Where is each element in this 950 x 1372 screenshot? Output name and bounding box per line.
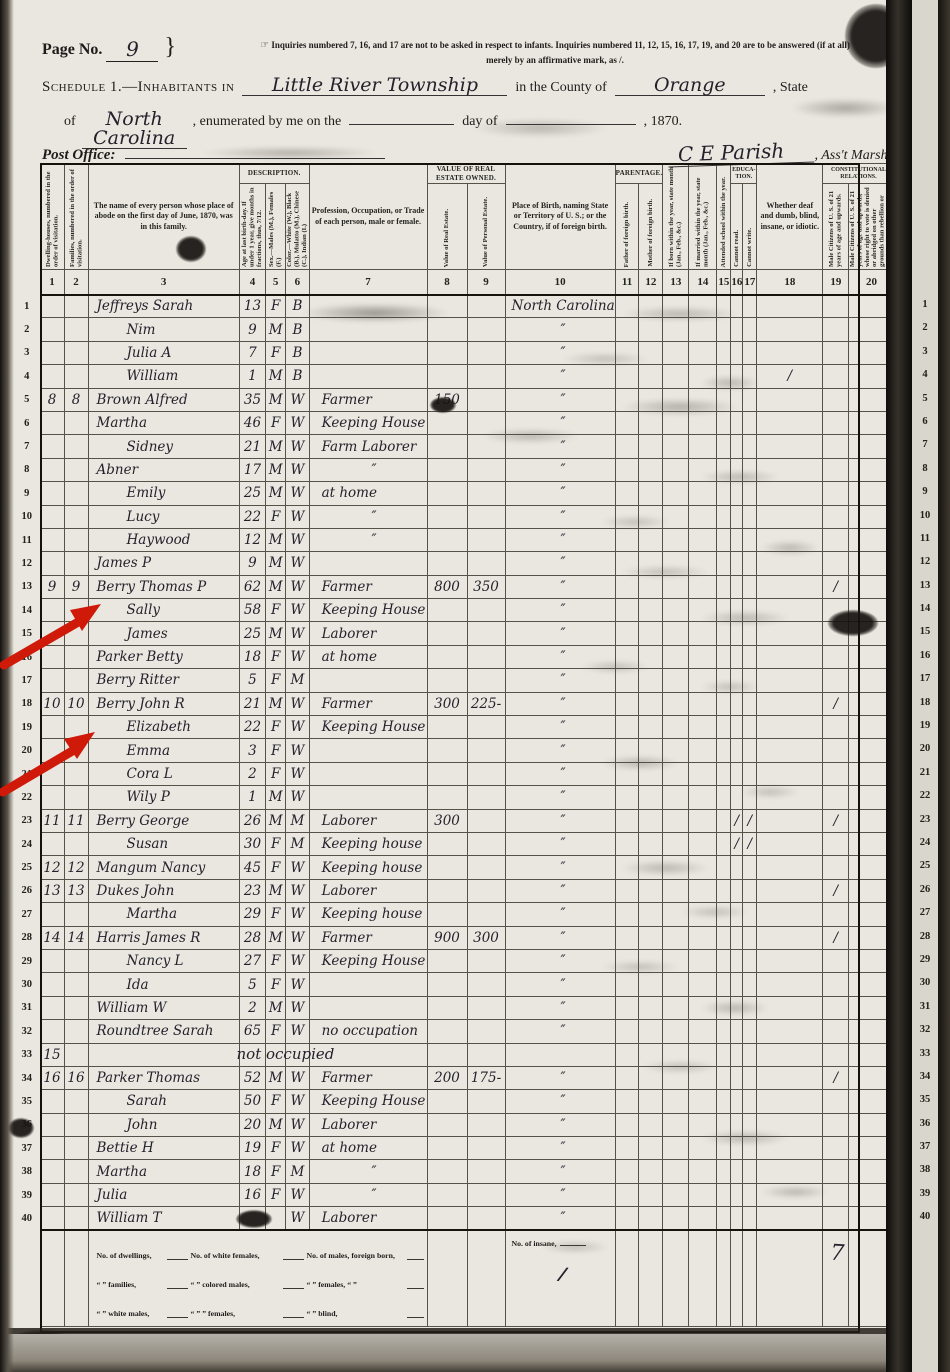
column-header: Whether deaf and dumb, blind, insane, or… — [757, 164, 823, 270]
cell-family-number — [64, 996, 88, 1019]
note-line2: merely by an affirmative mark, as /. — [205, 54, 905, 68]
cell-birth-month — [663, 435, 689, 458]
cell-color: W — [286, 879, 309, 902]
cell-cannot-read — [731, 341, 743, 364]
line-number: 3 — [14, 341, 40, 364]
cell-color: W — [286, 1020, 309, 1043]
ink-blot — [176, 236, 206, 262]
cell-age: 58 — [239, 599, 265, 622]
cell-dwelling-number — [40, 1183, 64, 1206]
cell-deaf-dumb — [757, 1090, 823, 1113]
cell-father-foreign — [615, 996, 639, 1019]
cell-deaf-dumb — [757, 973, 823, 996]
cell-birthplace: ″ — [505, 1137, 615, 1160]
cell-male-citizen — [823, 552, 849, 575]
cell-birthplace: ″ — [505, 622, 615, 645]
cell-birth-month — [663, 1137, 689, 1160]
cell-color: B — [286, 318, 309, 341]
cell-male-citizen — [823, 1183, 849, 1206]
cell-father-foreign — [615, 786, 639, 809]
cell-age: 2 — [239, 996, 265, 1019]
cell-male-citizen — [823, 1043, 849, 1066]
cell-personal-estate — [467, 1113, 505, 1136]
cell-cannot-read — [731, 1183, 743, 1206]
cell-real-estate — [427, 832, 467, 855]
cell-occupation: Farm Laborer — [309, 435, 427, 458]
cell-occupation: Keeping House — [309, 599, 427, 622]
cell-dwelling-number: 10 — [40, 692, 64, 715]
cell-real-estate — [427, 1113, 467, 1136]
cell-family-number: 9 — [64, 575, 88, 598]
cell-family-number — [64, 458, 88, 481]
cell-occupation: Keeping House — [309, 411, 427, 434]
column-header: 17 — [743, 270, 757, 295]
cell-married-month — [689, 622, 717, 645]
cell-dwelling-number — [40, 903, 64, 926]
cell-married-month — [689, 832, 717, 855]
cell-personal-estate — [467, 786, 505, 809]
cell-person-name: Brown Alfred — [88, 388, 239, 411]
cell-father-foreign — [615, 926, 639, 949]
cell-sex: M — [266, 1066, 286, 1089]
column-header: The name of every person whose place of … — [88, 164, 239, 270]
cell-sex: F — [266, 411, 286, 434]
cell-personal-estate: 175- — [467, 1066, 505, 1089]
cell-real-estate — [427, 318, 467, 341]
cell-color: W — [286, 1066, 309, 1089]
cell-sex: M — [266, 879, 286, 902]
cell-color: B — [286, 365, 309, 388]
cell-real-estate — [427, 856, 467, 879]
cell-sex: F — [266, 1160, 286, 1183]
year-label: , 1870. — [644, 114, 683, 130]
cell-occupation: Keeping house — [309, 903, 427, 926]
cell-mother-foreign — [639, 458, 663, 481]
cell-deaf-dumb — [757, 482, 823, 505]
cell-deaf-dumb — [757, 809, 823, 832]
cell-male-citizen — [823, 388, 849, 411]
cell-occupation — [309, 762, 427, 785]
cell-person-name: Emma — [88, 739, 239, 762]
line-number: 7 — [14, 435, 40, 458]
ink-bleed-ghost — [620, 860, 710, 876]
cell-deaf-dumb — [757, 1020, 823, 1043]
cell-sex: M — [266, 482, 286, 505]
cell-real-estate — [427, 1160, 467, 1183]
cell-cannot-write — [743, 926, 757, 949]
cell-mother-foreign — [639, 716, 663, 739]
cell-age: 9 — [239, 318, 265, 341]
cell-birth-month — [663, 341, 689, 364]
cell-sex: F — [266, 739, 286, 762]
cell-male-citizen — [823, 1020, 849, 1043]
cell-family-number: 16 — [64, 1066, 88, 1089]
cell-birthplace: ″ — [505, 996, 615, 1019]
cell-personal-estate — [467, 1020, 505, 1043]
cell-age: 23 — [239, 879, 265, 902]
cell-age: 2 — [239, 762, 265, 785]
cell-family-number — [64, 552, 88, 575]
cell-birthplace: ″ — [505, 762, 615, 785]
line2-mid: , enumerated by me on the — [193, 114, 342, 130]
cell-cannot-write — [743, 645, 757, 668]
cell-real-estate — [427, 341, 467, 364]
cell-attended-school — [717, 552, 731, 575]
cell-father-foreign — [615, 1043, 639, 1066]
cell-color: W — [286, 645, 309, 668]
cell-birth-month — [663, 1113, 689, 1136]
cell-attended-school — [717, 926, 731, 949]
cell-married-month — [689, 505, 717, 528]
cell-attended-school — [717, 645, 731, 668]
footer-row: No. of dwellings,No. of white females,No… — [14, 1230, 924, 1326]
cell-age: 1 — [239, 365, 265, 388]
cell-family-number — [64, 1207, 88, 1230]
line-number: 9 — [14, 482, 40, 505]
line-number: 13 — [14, 575, 40, 598]
line-number: 29 — [14, 949, 40, 972]
cell — [743, 1230, 757, 1326]
cell-male-citizen — [823, 903, 849, 926]
table-row: 29Nancy L27FWKeeping House″29 — [14, 949, 924, 972]
cell-personal-estate — [467, 1043, 505, 1066]
cell-deaf-dumb — [757, 1160, 823, 1183]
cell-male-citizen — [823, 295, 849, 318]
cell-married-month — [689, 762, 717, 785]
cell-male-citizen — [823, 1160, 849, 1183]
cell-color: W — [286, 856, 309, 879]
cell-birth-month — [663, 692, 689, 715]
cell-personal-estate — [467, 622, 505, 645]
cell-mother-foreign — [639, 365, 663, 388]
cell-age: 45 — [239, 856, 265, 879]
cell-birth-month — [663, 786, 689, 809]
cell-married-month — [689, 435, 717, 458]
cell-real-estate — [427, 365, 467, 388]
cell-birthplace — [505, 1043, 615, 1066]
table-row: 588Brown Alfred35MWFarmer150″5 — [14, 388, 924, 411]
cell-male-citizen — [823, 1137, 849, 1160]
cell-attended-school — [717, 411, 731, 434]
cell-real-estate — [427, 739, 467, 762]
cell-male-citizen — [823, 832, 849, 855]
cell-mother-foreign — [639, 622, 663, 645]
cell-cannot-read — [731, 1066, 743, 1089]
cell-cannot-write — [743, 318, 757, 341]
table-row: 261313Dukes John23MWLaborer″/26 — [14, 879, 924, 902]
cell-personal-estate — [467, 388, 505, 411]
column-header: 8 — [427, 270, 467, 295]
column-header: Cannot write. — [743, 184, 757, 270]
cell-mother-foreign — [639, 1160, 663, 1183]
cell-real-estate — [427, 879, 467, 902]
cell-father-foreign — [615, 411, 639, 434]
cell-person-name: Martha — [88, 1160, 239, 1183]
cell-attended-school — [717, 949, 731, 972]
cell-real-estate: 800 — [427, 575, 467, 598]
cell-cannot-write — [743, 879, 757, 902]
cell-sex: F — [266, 1137, 286, 1160]
cell-birth-month — [663, 973, 689, 996]
cell-occupation — [309, 996, 427, 1019]
cell-birthplace: ″ — [505, 1020, 615, 1043]
cell-family-number — [64, 1090, 88, 1113]
column-header: 15 — [717, 270, 731, 295]
ink-bleed-ghost — [700, 375, 760, 391]
census-table: Dwelling-houses, numbered in the order o… — [14, 163, 924, 1327]
cell-married-month — [689, 949, 717, 972]
schedule-mid: in the County of — [515, 80, 606, 96]
cell-birthplace: ″ — [505, 1066, 615, 1089]
cell-male-citizen: / — [823, 1066, 849, 1089]
ink-blot — [236, 1210, 272, 1228]
cell-sex: F — [266, 341, 286, 364]
cell-occupation: ″ — [309, 458, 427, 481]
cell-age: 50 — [239, 1090, 265, 1113]
day-blank — [349, 112, 454, 125]
schedule-line: Schedule 1.—Inhabitants in Little River … — [42, 76, 922, 96]
cell-color: W — [286, 903, 309, 926]
cell-sex: F — [266, 599, 286, 622]
column-header: 6 — [286, 270, 309, 295]
cell-mother-foreign — [639, 809, 663, 832]
cell-personal-estate — [467, 599, 505, 622]
cell-attended-school — [717, 1066, 731, 1089]
cell-birthplace: ″ — [505, 949, 615, 972]
cell-occupation: at home — [309, 482, 427, 505]
cell-person-name: Dukes John — [88, 879, 239, 902]
scan-bottom-margin — [0, 1334, 950, 1372]
table-row: 7Sidney21MWFarm Laborer″7 — [14, 435, 924, 458]
line-number: 35 — [14, 1090, 40, 1113]
cell-family-number: 12 — [64, 856, 88, 879]
cell-real-estate — [427, 505, 467, 528]
cell-attended-school — [717, 435, 731, 458]
cell-cannot-write — [743, 692, 757, 715]
cell-sex: F — [266, 295, 286, 318]
cell-sex: M — [266, 388, 286, 411]
cell-married-month — [689, 1160, 717, 1183]
cell-birthplace: North Carolina — [505, 295, 615, 318]
cell-real-estate: 200 — [427, 1066, 467, 1089]
cell-family-number — [64, 1160, 88, 1183]
cell-sex: F — [266, 856, 286, 879]
cell-cannot-read — [731, 552, 743, 575]
cell-birth-month — [663, 528, 689, 551]
cell-cannot-read — [731, 1020, 743, 1043]
cell-person-name: William — [88, 365, 239, 388]
table-row: 9Emily25MWat home″9 — [14, 482, 924, 505]
cell-personal-estate — [467, 528, 505, 551]
cell-sex: M — [266, 575, 286, 598]
cell-dwelling-number: 15 — [40, 1043, 64, 1066]
cell-male-citizen — [823, 505, 849, 528]
cell-personal-estate — [467, 365, 505, 388]
cell-age: 28 — [239, 926, 265, 949]
cell-person-name: Nancy L — [88, 949, 239, 972]
cell-attended-school — [717, 809, 731, 832]
cell-married-month — [689, 716, 717, 739]
cell-occupation: Laborer — [309, 622, 427, 645]
table-row: 341616Parker Thomas52MWFarmer200175-″/34 — [14, 1066, 924, 1089]
cell-real-estate — [427, 528, 467, 551]
cell-age: 18 — [239, 645, 265, 668]
cell-attended-school — [717, 318, 731, 341]
ink-bleed-ghost — [200, 146, 380, 160]
cell-real-estate — [427, 1090, 467, 1113]
column-header: Age at last birth-day. If under 1 year, … — [239, 184, 265, 270]
cell-dwelling-number — [40, 949, 64, 972]
cell-sex: M — [266, 1113, 286, 1136]
cell-attended-school — [717, 973, 731, 996]
cell-person-name: Berry George — [88, 809, 239, 832]
cell-family-number — [64, 1137, 88, 1160]
cell-color: W — [286, 411, 309, 434]
cell-family-number — [64, 1020, 88, 1043]
cell-personal-estate — [467, 716, 505, 739]
cell-deaf-dumb — [757, 435, 823, 458]
cell-birth-month — [663, 1020, 689, 1043]
cell-occupation: Keeping House — [309, 1090, 427, 1113]
cell-person-name: Sally — [88, 599, 239, 622]
cell-dwelling-number — [40, 996, 64, 1019]
cell-attended-school — [717, 1160, 731, 1183]
cell-deaf-dumb — [757, 762, 823, 785]
column-header: 4 — [239, 270, 265, 295]
cell-cannot-write — [743, 949, 757, 972]
cell-married-month — [689, 341, 717, 364]
cell-real-estate — [427, 669, 467, 692]
column-header: 10 — [505, 270, 615, 295]
cell-real-estate — [427, 786, 467, 809]
cell-occupation: no occupation — [309, 1020, 427, 1043]
cell-occupation: at home — [309, 1137, 427, 1160]
cell-color: W — [286, 575, 309, 598]
cell-color: M — [286, 669, 309, 692]
column-header: 12 — [639, 270, 663, 295]
cell-male-citizen — [823, 435, 849, 458]
column-header: 3 — [88, 270, 239, 295]
cell-cannot-read — [731, 949, 743, 972]
cell-mother-foreign — [639, 879, 663, 902]
cell-married-month — [689, 786, 717, 809]
cell-age: 52 — [239, 1066, 265, 1089]
line-number: 24 — [14, 832, 40, 855]
cell-dwelling-number: 8 — [40, 388, 64, 411]
cell-real-estate — [427, 482, 467, 505]
ink-bleed-ghost — [600, 515, 670, 529]
cell-male-citizen: / — [823, 809, 849, 832]
cell-family-number — [64, 903, 88, 926]
cell-color: W — [286, 599, 309, 622]
cell-person-name: William W — [88, 996, 239, 1019]
cell-birthplace: ″ — [505, 552, 615, 575]
cell-attended-school — [717, 528, 731, 551]
cell-birthplace: ″ — [505, 482, 615, 505]
cell-age: 29 — [239, 903, 265, 926]
cell-married-month — [689, 973, 717, 996]
cell-occupation: Farmer — [309, 575, 427, 598]
cell-married-month — [689, 926, 717, 949]
cell-cannot-write — [743, 411, 757, 434]
cell-male-citizen — [823, 1113, 849, 1136]
cell-age: 22 — [239, 716, 265, 739]
cell-color: W — [286, 716, 309, 739]
cell-occupation: Laborer — [309, 879, 427, 902]
scan-edge-right-band — [886, 0, 912, 1372]
cell-deaf-dumb — [757, 388, 823, 411]
cell-family-number — [64, 411, 88, 434]
table-row: 38Martha18FM″″38 — [14, 1160, 924, 1183]
cell-personal-estate — [467, 1137, 505, 1160]
cell-dwelling-number: 16 — [40, 1066, 64, 1089]
cell-personal-estate — [467, 552, 505, 575]
cell-cannot-write — [743, 739, 757, 762]
cell-occupation: Keeping House — [309, 949, 427, 972]
cell-sex: M — [266, 996, 286, 1019]
cell-color: M — [286, 1160, 309, 1183]
cell-real-estate — [427, 458, 467, 481]
cell-attended-school — [717, 1183, 731, 1206]
cell-birth-month — [663, 1207, 689, 1230]
cell-birth-month — [663, 1090, 689, 1113]
cell-dwelling-number: 14 — [40, 926, 64, 949]
cell-occupation: Farmer — [309, 1066, 427, 1089]
cell-color: W — [286, 552, 309, 575]
cell-birth-month — [663, 365, 689, 388]
cell-family-number — [64, 482, 88, 505]
cell-father-foreign — [615, 365, 639, 388]
cell-personal-estate — [467, 1183, 505, 1206]
cell-male-citizen — [823, 669, 849, 692]
cell-age: 26 — [239, 809, 265, 832]
cell-occupation: ″ — [309, 1160, 427, 1183]
cell-father-foreign — [615, 903, 639, 926]
cell-color: W — [286, 692, 309, 715]
line-number: 12 — [14, 552, 40, 575]
column-header: Constitutional Relations. — [823, 164, 894, 184]
cell-age: 16 — [239, 1183, 265, 1206]
column-header: 14 — [689, 270, 717, 295]
line-number: 26 — [14, 879, 40, 902]
cell — [731, 1230, 743, 1326]
cell-mother-foreign — [639, 903, 663, 926]
cell-cannot-read — [731, 762, 743, 785]
cell-person-name: Bettie H — [88, 1137, 239, 1160]
cell — [717, 1230, 731, 1326]
column-header: Sex.—Males (M.), Females (F.) — [266, 184, 286, 270]
cell-attended-school — [717, 856, 731, 879]
cell-deaf-dumb — [757, 1207, 823, 1230]
cell-sex: F — [266, 1020, 286, 1043]
table-row: 3315not occupied33 — [14, 1043, 924, 1066]
cell-real-estate: 300 — [427, 809, 467, 832]
cell-father-foreign — [615, 435, 639, 458]
cell-personal-estate — [467, 1090, 505, 1113]
handwritten-seven-mark: 7 — [820, 1230, 851, 1327]
cell-personal-estate — [467, 341, 505, 364]
ink-bleed-ghost — [480, 428, 580, 444]
cell-personal-estate — [467, 1160, 505, 1183]
cell-married-month — [689, 528, 717, 551]
cell-birthplace: ″ — [505, 786, 615, 809]
cell-attended-school — [717, 832, 731, 855]
cell-mother-foreign — [639, 669, 663, 692]
ink-bleed-ghost — [640, 1060, 720, 1074]
cell-person-name: Parker Betty — [88, 645, 239, 668]
red-arrow-annotation-1 — [0, 601, 106, 671]
ink-bleed-ghost — [620, 398, 740, 416]
